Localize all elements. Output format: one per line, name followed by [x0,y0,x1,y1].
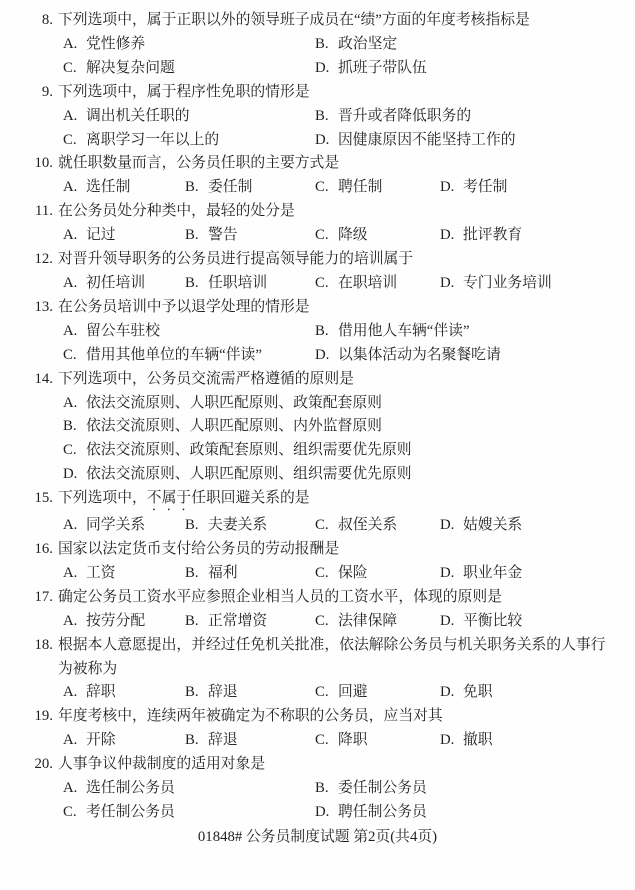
option-text: 初任培训 [86,275,145,291]
option-label: A. [63,392,79,416]
option-c: C.在职培训 [315,272,440,296]
option-label: C. [315,176,331,200]
question-stem: 年度考核中，连续两年被确定为不称职的公务员，应当对其 [53,705,614,729]
option-a: A.留公车驻校 [63,320,315,344]
option-label: C. [315,224,331,248]
option-label: B. [315,320,331,344]
option-text: 夫妻关系 [208,517,267,533]
option-text: 选任制公务员 [86,780,175,796]
option-text: 撤职 [463,732,493,748]
option-label: A. [63,562,79,586]
option-b: B.福利 [185,562,315,586]
option-text: 借用他人车辆“伴读” [338,323,470,339]
option-label: C. [63,344,79,368]
option-b: B.辞退 [185,681,315,705]
option-label: A. [63,33,79,57]
option-label: B. [185,610,201,634]
option-label: C. [315,562,331,586]
option-text: 调出机关任职的 [86,108,190,124]
option-a: A.开除 [63,729,185,753]
option-text: 降级 [338,227,368,243]
option-text: 姑嫂关系 [463,517,522,533]
option-text: 按劳分配 [86,613,145,629]
option-text: 法律保障 [338,613,397,629]
option-label: C. [315,610,331,634]
option-label: B. [185,562,201,586]
option-d: D.以集体活动为名聚餐吃请 [315,344,625,368]
option-label: D. [440,224,456,248]
option-label: B. [315,33,331,57]
option-text: 依法交流原则、人职匹配原则、政策配套原则 [86,395,382,411]
option-label: B. [185,681,201,705]
option-label: A. [63,610,79,634]
option-c: C.考任制公务员 [63,801,315,825]
option-label: A. [63,320,79,344]
option-text: 辞退 [208,732,238,748]
question-number: 15. [33,487,53,514]
question-15: 15. 下列选项中，不属于任职回避关系的是 A.同学关系 B.夫妻关系 C.叔侄… [0,487,635,538]
option-text: 批评教育 [463,227,522,243]
option-label: C. [315,729,331,753]
option-label: A. [63,729,79,753]
stem-text-part: 任职回避关系的是 [191,490,309,506]
question-stem: 根据本人意愿提出，并经过任免机关批准，依法解除公务员与机关职务关系的人事行为被称… [53,634,614,682]
option-text: 开除 [86,732,116,748]
option-b: B.任职培训 [185,272,315,296]
option-label: D. [315,344,331,368]
option-d: D.职业年金 [440,562,625,586]
option-label: C. [315,681,331,705]
question-18: 18. 根据本人意愿提出，并经过任免机关批准，依法解除公务员与机关职务关系的人事… [0,634,635,706]
option-b: B.夫妻关系 [185,514,315,538]
question-12: 12. 对晋升领导职务的公务员进行提高领导能力的培训属于 A.初任培训 B.任职… [0,248,635,296]
option-label: A. [63,224,79,248]
question-14: 14. 下列选项中，公务员交流需严格遵循的原则是 A.依法交流原则、人职匹配原则… [0,368,635,488]
option-b: B.辞退 [185,729,315,753]
question-stem: 下列选项中，不属于任职回避关系的是 [53,487,614,514]
option-label: B. [185,176,201,200]
option-label: B. [185,224,201,248]
option-d: D.免职 [440,681,625,705]
option-b: B.委任制 [185,176,315,200]
option-c: C.保险 [315,562,440,586]
question-17: 17. 确定公务员工资水平应参照企业相当人员的工资水平，体现的原则是 A.按劳分… [0,586,635,634]
option-text: 在职培训 [338,275,397,291]
question-10: 10. 就任职数量而言，公务员任职的主要方式是 A.选任制 B.委任制 C.聘任… [0,152,635,200]
option-text: 依法交流原则、人职匹配原则、组织需要优先原则 [86,466,412,482]
option-d: D.专门业务培训 [440,272,625,296]
option-d: D.批评教育 [440,224,625,248]
option-d: D.聘任制公务员 [315,801,625,825]
option-text: 任职培训 [208,275,267,291]
option-label: D. [440,272,456,296]
option-a: A.工资 [63,562,185,586]
option-label: A. [63,514,79,538]
option-label: D. [440,562,456,586]
option-text: 政治坚定 [338,36,397,52]
option-label: C. [315,272,331,296]
exam-page: 8. 下列选项中，属于正职以外的领导班子成员在“绩”方面的年度考核指标是 A.党… [0,0,635,850]
option-text: 因健康原因不能坚持工作的 [338,132,516,148]
option-text: 解决复杂问题 [86,60,175,76]
option-text: 正常增资 [208,613,267,629]
option-b: B.委任制公务员 [315,777,625,801]
option-text: 降职 [338,732,368,748]
option-label: D. [440,610,456,634]
question-number: 10. [33,152,53,176]
question-number: 12. [33,248,53,272]
question-number: 20. [33,753,53,777]
option-c: C.法律保障 [315,610,440,634]
option-text: 党性修养 [86,36,145,52]
question-number: 14. [33,368,53,392]
option-label: A. [63,777,79,801]
option-text: 委任制 [208,179,252,195]
option-label: B. [185,729,201,753]
option-text: 考任制公务员 [86,804,175,820]
question-number: 13. [33,296,53,320]
option-label: C. [63,57,79,81]
option-label: D. [440,729,456,753]
option-label: C. [315,514,331,538]
option-text: 福利 [208,565,238,581]
option-a: A.同学关系 [63,514,185,538]
option-d: D.平衡比较 [440,610,625,634]
option-text: 以集体活动为名聚餐吃请 [338,347,501,363]
option-text: 抓班子带队伍 [338,60,427,76]
option-label: A. [63,105,79,129]
option-b: B.正常增资 [185,610,315,634]
option-text: 选任制 [86,179,130,195]
question-stem: 就任职数量而言，公务员任职的主要方式是 [53,152,614,176]
question-9: 9. 下列选项中，属于程序性免职的情形是 A.调出机关任职的 B.晋升或者降低职… [0,81,635,153]
option-text: 晋升或者降低职务的 [338,108,471,124]
question-20: 20. 人事争议仲裁制度的适用对象是 A.选任制公务员 B.委任制公务员 C.考… [0,753,635,825]
question-number: 18. [33,634,53,682]
option-label: C. [63,801,79,825]
option-a: A.选任制 [63,176,185,200]
question-number: 9. [33,81,53,105]
option-text: 职业年金 [463,565,522,581]
option-a: A.记过 [63,224,185,248]
question-19: 19. 年度考核中，连续两年被确定为不称职的公务员，应当对其 A.开除 B.辞退… [0,705,635,753]
option-text: 聘任制 [338,179,382,195]
option-d: D.抓班子带队伍 [315,57,625,81]
option-text: 记过 [86,227,116,243]
option-d: D.姑嫂关系 [440,514,625,538]
option-label: B. [315,777,331,801]
option-text: 警告 [208,227,238,243]
question-stem: 在公务员处分种类中，最轻的处分是 [53,200,614,224]
option-c: C.降职 [315,729,440,753]
option-c: C.依法交流原则、政策配套原则、组织需要优先原则 [63,439,625,463]
option-text: 辞退 [208,684,238,700]
option-text: 依法交流原则、人职匹配原则、内外监督原则 [86,418,382,434]
option-label: C. [63,129,79,153]
question-number: 16. [33,538,53,562]
option-label: B. [185,272,201,296]
option-c: C.降级 [315,224,440,248]
option-label: D. [440,514,456,538]
option-text: 回避 [338,684,368,700]
option-a: A.初任培训 [63,272,185,296]
question-13: 13. 在公务员培训中予以退学处理的情形是 A.留公车驻校 B.借用他人车辆“伴… [0,296,635,368]
option-text: 离职学习一年以上的 [86,132,219,148]
question-stem: 下列选项中，属于程序性免职的情形是 [53,81,614,105]
stem-emphasized-text: 不属于 [147,490,191,506]
option-label: D. [63,463,79,487]
option-text: 借用其他单位的车辆“伴读” [86,347,262,363]
option-text: 同学关系 [86,517,145,533]
option-label: A. [63,176,79,200]
option-text: 辞职 [86,684,116,700]
option-c: C.回避 [315,681,440,705]
question-11: 11. 在公务员处分种类中，最轻的处分是 A.记过 B.警告 C.降级 D.批评… [0,200,635,248]
page-footer: 01848# 公务员制度试题 第2页(共4页) [0,826,635,850]
question-stem: 对晋升领导职务的公务员进行提高领导能力的培训属于 [53,248,614,272]
option-c: C.借用其他单位的车辆“伴读” [63,344,315,368]
option-text: 聘任制公务员 [338,804,427,820]
option-a: A.选任制公务员 [63,777,315,801]
option-label: D. [315,57,331,81]
stem-text-part: 下列选项中， [58,490,147,506]
option-label: D. [315,129,331,153]
question-number: 19. [33,705,53,729]
question-number: 8. [33,9,53,33]
option-b: B.依法交流原则、人职匹配原则、内外监督原则 [63,415,625,439]
option-text: 依法交流原则、政策配套原则、组织需要优先原则 [86,442,412,458]
question-stem: 确定公务员工资水平应参照企业相当人员的工资水平，体现的原则是 [53,586,614,610]
option-c: C.聘任制 [315,176,440,200]
question-stem: 国家以法定货币支付给公务员的劳动报酬是 [53,538,614,562]
option-a: A.调出机关任职的 [63,105,315,129]
option-d: D.因健康原因不能坚持工作的 [315,129,625,153]
option-label: D. [315,801,331,825]
question-8: 8. 下列选项中，属于正职以外的领导班子成员在“绩”方面的年度考核指标是 A.党… [0,9,635,81]
question-stem: 人事争议仲裁制度的适用对象是 [53,753,614,777]
question-stem: 下列选项中，属于正职以外的领导班子成员在“绩”方面的年度考核指标是 [53,9,614,33]
option-label: A. [63,272,79,296]
question-16: 16. 国家以法定货币支付给公务员的劳动报酬是 A.工资 B.福利 C.保险 D… [0,538,635,586]
option-b: B.政治坚定 [315,33,625,57]
option-d: D.撤职 [440,729,625,753]
option-text: 委任制公务员 [338,780,427,796]
option-text: 留公车驻校 [86,323,160,339]
option-text: 叔侄关系 [338,517,397,533]
question-number: 17. [33,586,53,610]
option-label: D. [440,176,456,200]
option-c: C.离职学习一年以上的 [63,129,315,153]
question-number: 11. [33,200,53,224]
option-b: B.晋升或者降低职务的 [315,105,625,129]
option-label: B. [315,105,331,129]
option-d: D.依法交流原则、人职匹配原则、组织需要优先原则 [63,463,625,487]
option-text: 免职 [463,684,493,700]
option-a: A.依法交流原则、人职匹配原则、政策配套原则 [63,392,625,416]
option-b: B.借用他人车辆“伴读” [315,320,625,344]
option-label: D. [440,681,456,705]
question-stem: 在公务员培训中予以退学处理的情形是 [53,296,614,320]
option-label: A. [63,681,79,705]
option-c: C.叔侄关系 [315,514,440,538]
option-b: B.警告 [185,224,315,248]
option-label: B. [63,415,79,439]
option-a: A.党性修养 [63,33,315,57]
question-stem: 下列选项中，公务员交流需严格遵循的原则是 [53,368,614,392]
option-text: 专门业务培训 [463,275,552,291]
option-a: A.辞职 [63,681,185,705]
option-text: 保险 [338,565,368,581]
option-text: 考任制 [463,179,507,195]
option-text: 平衡比较 [463,613,522,629]
option-text: 工资 [86,565,116,581]
option-d: D.考任制 [440,176,625,200]
option-label: C. [63,439,79,463]
option-a: A.按劳分配 [63,610,185,634]
option-c: C.解决复杂问题 [63,57,315,81]
option-label: B. [185,514,201,538]
